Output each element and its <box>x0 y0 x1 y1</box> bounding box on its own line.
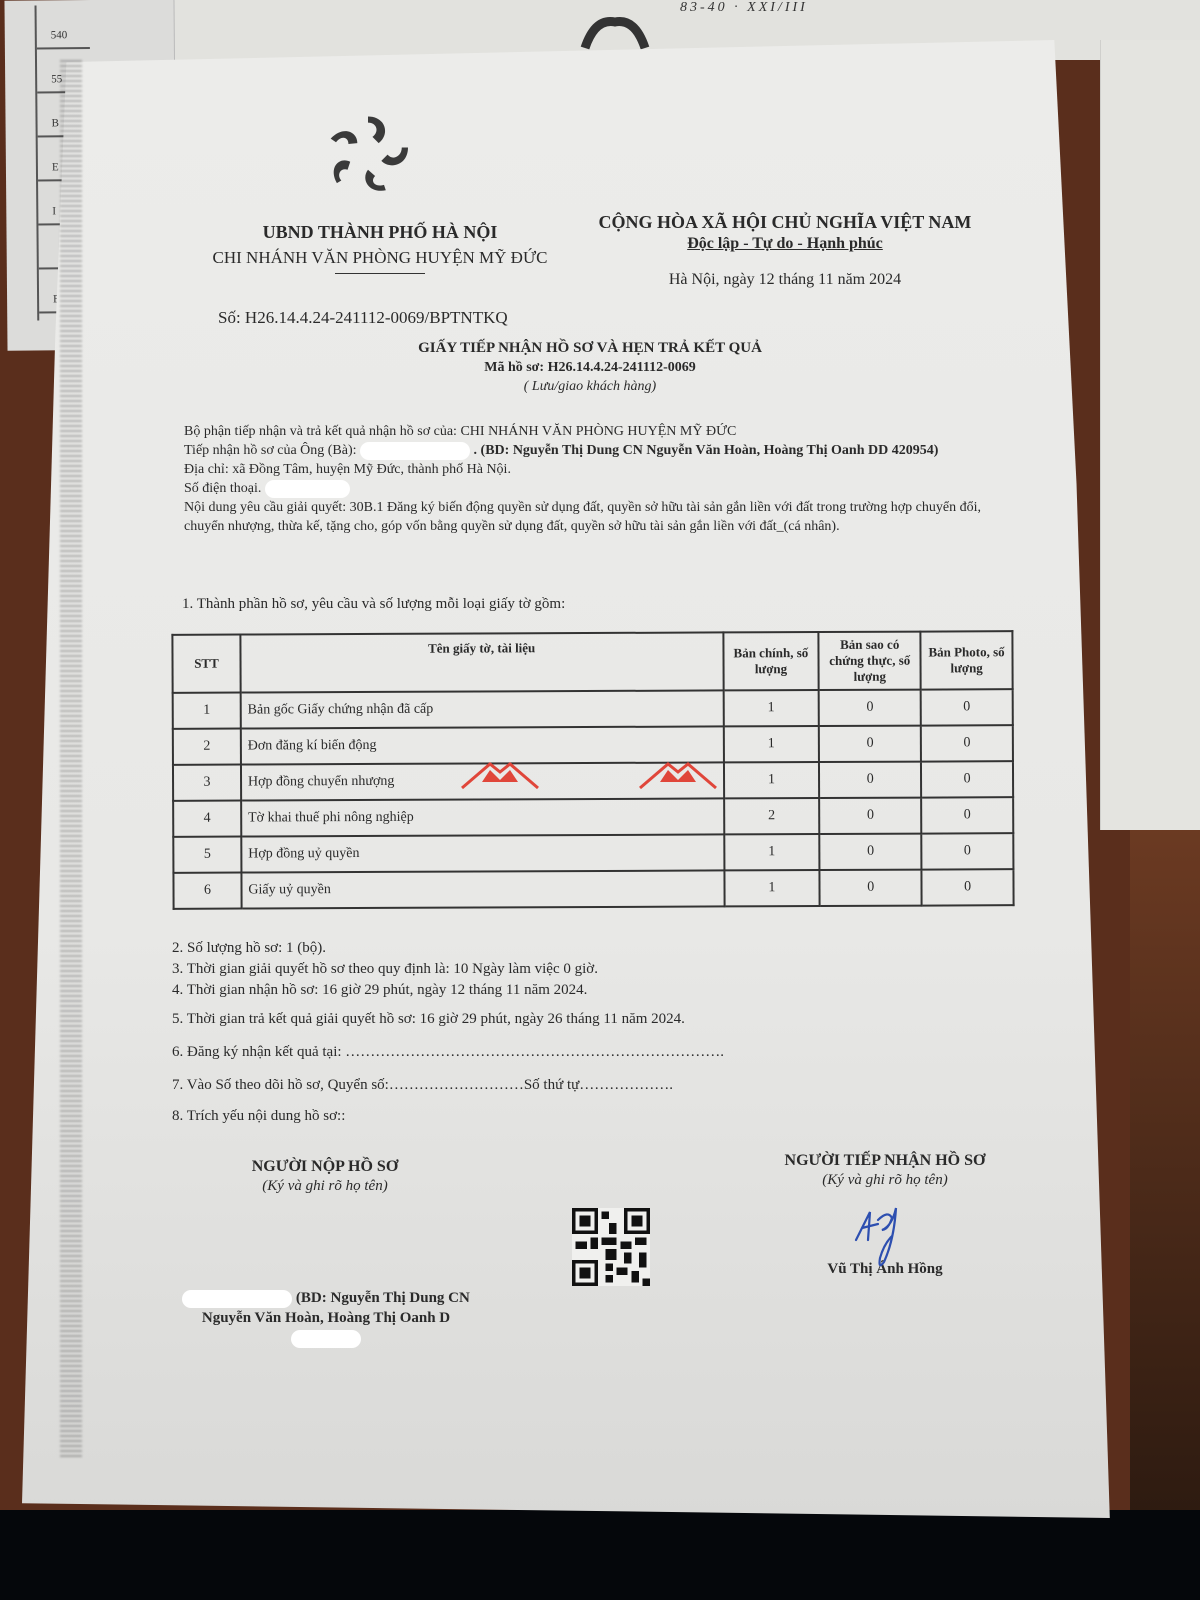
applicant-value: . (BD: Nguyễn Thị Dung CN Nguyễn Văn Hoà… <box>474 443 939 458</box>
col-header-photo: Bản Photo, số lượng <box>921 631 1013 689</box>
ruler-label: 540 <box>37 5 90 49</box>
desk-surface <box>1130 830 1200 1530</box>
cell-original-count: 1 <box>724 870 820 906</box>
cell-certified-count: 0 <box>819 690 921 726</box>
watermark-house-icon <box>638 760 718 790</box>
cell-photo-count: 0 <box>921 833 1013 869</box>
documents-table: STT Tên giấy tờ, tài liệu Bản chính, số … <box>171 630 1014 910</box>
issue-date: Hà Nội, ngày 12 tháng 11 năm 2024 <box>585 271 985 289</box>
address-value: xã Đồng Tâm, huyện Mỹ Đức, thành phố Hà … <box>232 462 511 477</box>
handwritten-signature-icon <box>848 1200 908 1272</box>
dept-value: CHI NHÁNH VĂN PHÒNG HUYỆN MỸ ĐỨC <box>460 424 736 439</box>
qr-code-icon <box>572 1208 650 1286</box>
cell-stt: 2 <box>173 729 241 765</box>
item-logbook: 7. Vào Số theo dõi hồ sơ, Quyển số:……………… <box>172 1077 972 1094</box>
request-line: Nội dung yêu cầu giải quyết: 30B.1 Đăng … <box>184 498 984 536</box>
cell-document-name: Giấy uỷ quyền <box>241 870 724 908</box>
cell-photo-count: 0 <box>921 761 1013 797</box>
document-title: GIẤY TIẾP NHẬN HỒ SƠ VÀ HẸN TRẢ KẾT QUẢ <box>330 340 850 357</box>
reference-number: Số: H26.14.4.24-241112-0069/BPTNTKQ <box>218 308 508 328</box>
cell-photo-count: 0 <box>921 725 1013 761</box>
emblem-icon <box>322 112 414 192</box>
copy-note: ( Lưu/giao khách hàng) <box>330 379 850 395</box>
redacted-name <box>360 442 470 460</box>
cell-original-count: 2 <box>724 798 820 834</box>
cell-stt: 3 <box>173 765 241 801</box>
item-return-time: 5. Thời gian trả kết quả giải quyết hồ s… <box>172 1011 972 1028</box>
table-row: 2Đơn đăng kí biến động100 <box>173 725 1013 765</box>
cell-document-name: Hợp đồng uỷ quyền <box>241 834 724 872</box>
desk-shadow <box>0 1510 1200 1600</box>
issuer-authority: UBND THÀNH PHỐ HÀ NỘI <box>190 222 570 243</box>
redacted-submitter-suffix <box>291 1330 361 1348</box>
cell-photo-count: 0 <box>922 869 1014 905</box>
cell-certified-count: 0 <box>819 726 921 762</box>
cell-original-count: 1 <box>724 834 820 870</box>
background-paper-right <box>1100 40 1200 830</box>
table-header-row: STT Tên giấy tờ, tài liệu Bản chính, số … <box>172 631 1012 693</box>
issuer-header: UBND THÀNH PHỐ HÀ NỘI CHI NHÁNH VĂN PHÒN… <box>190 222 570 274</box>
cell-stt: 1 <box>173 693 241 729</box>
cell-photo-count: 0 <box>921 689 1013 725</box>
receiving-dept-line: Bộ phận tiếp nhận và trả kết quả nhận hồ… <box>184 422 984 441</box>
col-header-certified: Bản sao có chứng thực, số lượng <box>819 632 921 690</box>
redacted-phone <box>265 480 350 498</box>
cell-original-count: 1 <box>723 762 819 798</box>
cell-original-count: 1 <box>723 726 819 762</box>
cell-document-name: Đơn đăng kí biến động <box>241 726 724 764</box>
details-list: 2. Số lượng hồ sơ: 1 (bộ). 3. Thời gian … <box>172 940 972 1129</box>
item-received-time: 4. Thời gian nhận hồ sơ: 16 giờ 29 phút,… <box>172 982 972 999</box>
item-summary: 8. Trích yếu nội dung hồ sơ:: <box>172 1108 972 1125</box>
cell-stt: 5 <box>173 837 241 873</box>
document-title-block: GIẤY TIẾP NHẬN HỒ SƠ VÀ HẸN TRẢ KẾT QUẢ … <box>330 340 850 395</box>
cell-certified-count: 0 <box>819 798 921 834</box>
table-row: 5Hợp đồng uỷ quyền100 <box>173 833 1013 873</box>
cell-stt: 6 <box>173 873 241 909</box>
scan-edge-noise <box>60 60 82 1460</box>
section-1-title: 1. Thành phần hồ sơ, yêu cầu và số lượng… <box>182 596 565 613</box>
redacted-submitter-name <box>182 1290 292 1308</box>
submitter-name-block: (BD: Nguyễn Thị Dung CN Nguyễn Văn Hoàn,… <box>176 1288 476 1348</box>
cell-certified-count: 0 <box>820 870 922 906</box>
cell-photo-count: 0 <box>921 797 1013 833</box>
motto: Độc lập - Tự do - Hạnh phúc <box>585 235 985 253</box>
item-file-count: 2. Số lượng hồ sơ: 1 (bộ). <box>172 940 972 957</box>
dept-label: Bộ phận tiếp nhận và trả kết quả nhận hồ… <box>184 424 457 439</box>
table-row: 3Hợp đồng chuyển nhượng100 <box>173 761 1013 801</box>
issuer-branch: CHI NHÁNH VĂN PHÒNG HUYỆN MỸ ĐỨC <box>190 247 570 269</box>
header-divider <box>335 273 425 274</box>
watermark-house-icon <box>460 760 540 790</box>
address-line: Địa chỉ: xã Đồng Tâm, huyện Mỹ Đức, thàn… <box>184 460 984 479</box>
applicant-line: Tiếp nhận hồ sơ của Ông (Bà): . (BD: Ngu… <box>184 441 984 460</box>
file-code: Mã hồ sơ: H26.14.4.24-241112-0069 <box>330 360 850 376</box>
applicant-info: Bộ phận tiếp nhận và trả kết quả nhận hồ… <box>184 422 984 536</box>
item-pickup-location: 6. Đăng ký nhận kết quả tại: ……………………………… <box>172 1044 972 1061</box>
request-label: Nội dung yêu cầu giải quyết: <box>184 500 346 515</box>
col-header-stt: STT <box>172 635 240 693</box>
table-row: 1Bản gốc Giấy chứng nhận đã cấp100 <box>173 689 1013 729</box>
country-name: CỘNG HÒA XÃ HỘI CHỦ NGHĨA VIỆT NAM <box>585 212 985 233</box>
submitter-note: (Ký và ghi rõ họ tên) <box>225 1178 425 1195</box>
submitter-signature-block: NGƯỜI NỘP HỒ SƠ (Ký và ghi rõ họ tên) <box>225 1158 425 1195</box>
table-row: 4Tờ khai thuế phi nông nghiệp200 <box>173 797 1013 837</box>
cell-certified-count: 0 <box>820 834 922 870</box>
handwritten-note: 83-40 · XXI/III <box>680 0 808 16</box>
phone-label: Số điện thoại. <box>184 481 261 496</box>
cell-original-count: 1 <box>723 690 819 726</box>
applicant-label: Tiếp nhận hồ sơ của Ông (Bà): <box>184 443 357 458</box>
cell-certified-count: 0 <box>819 762 921 798</box>
submitter-title: NGƯỜI NỘP HỒ SƠ <box>225 1158 425 1176</box>
address-label: Địa chỉ: <box>184 462 229 477</box>
national-header: CỘNG HÒA XÃ HỘI CHỦ NGHĨA VIỆT NAM Độc l… <box>585 212 985 289</box>
item-processing-time: 3. Thời gian giải quyết hồ sơ theo quy đ… <box>172 961 972 978</box>
receiver-title: NGƯỜI TIẾP NHẬN HỒ SƠ <box>765 1152 1005 1170</box>
table-row: 6Giấy uỷ quyền100 <box>173 869 1013 909</box>
col-header-original: Bản chính, số lượng <box>723 632 819 690</box>
col-header-name: Tên giấy tờ, tài liệu <box>240 632 723 692</box>
cell-document-name: Bản gốc Giấy chứng nhận đã cấp <box>241 690 724 728</box>
cell-stt: 4 <box>173 801 241 837</box>
emblem-icon-ghost <box>575 10 655 50</box>
cell-document-name: Tờ khai thuế phi nông nghiệp <box>241 798 724 836</box>
receiver-note: (Ký và ghi rõ họ tên) <box>765 1172 1005 1189</box>
phone-line: Số điện thoại. <box>184 479 984 498</box>
